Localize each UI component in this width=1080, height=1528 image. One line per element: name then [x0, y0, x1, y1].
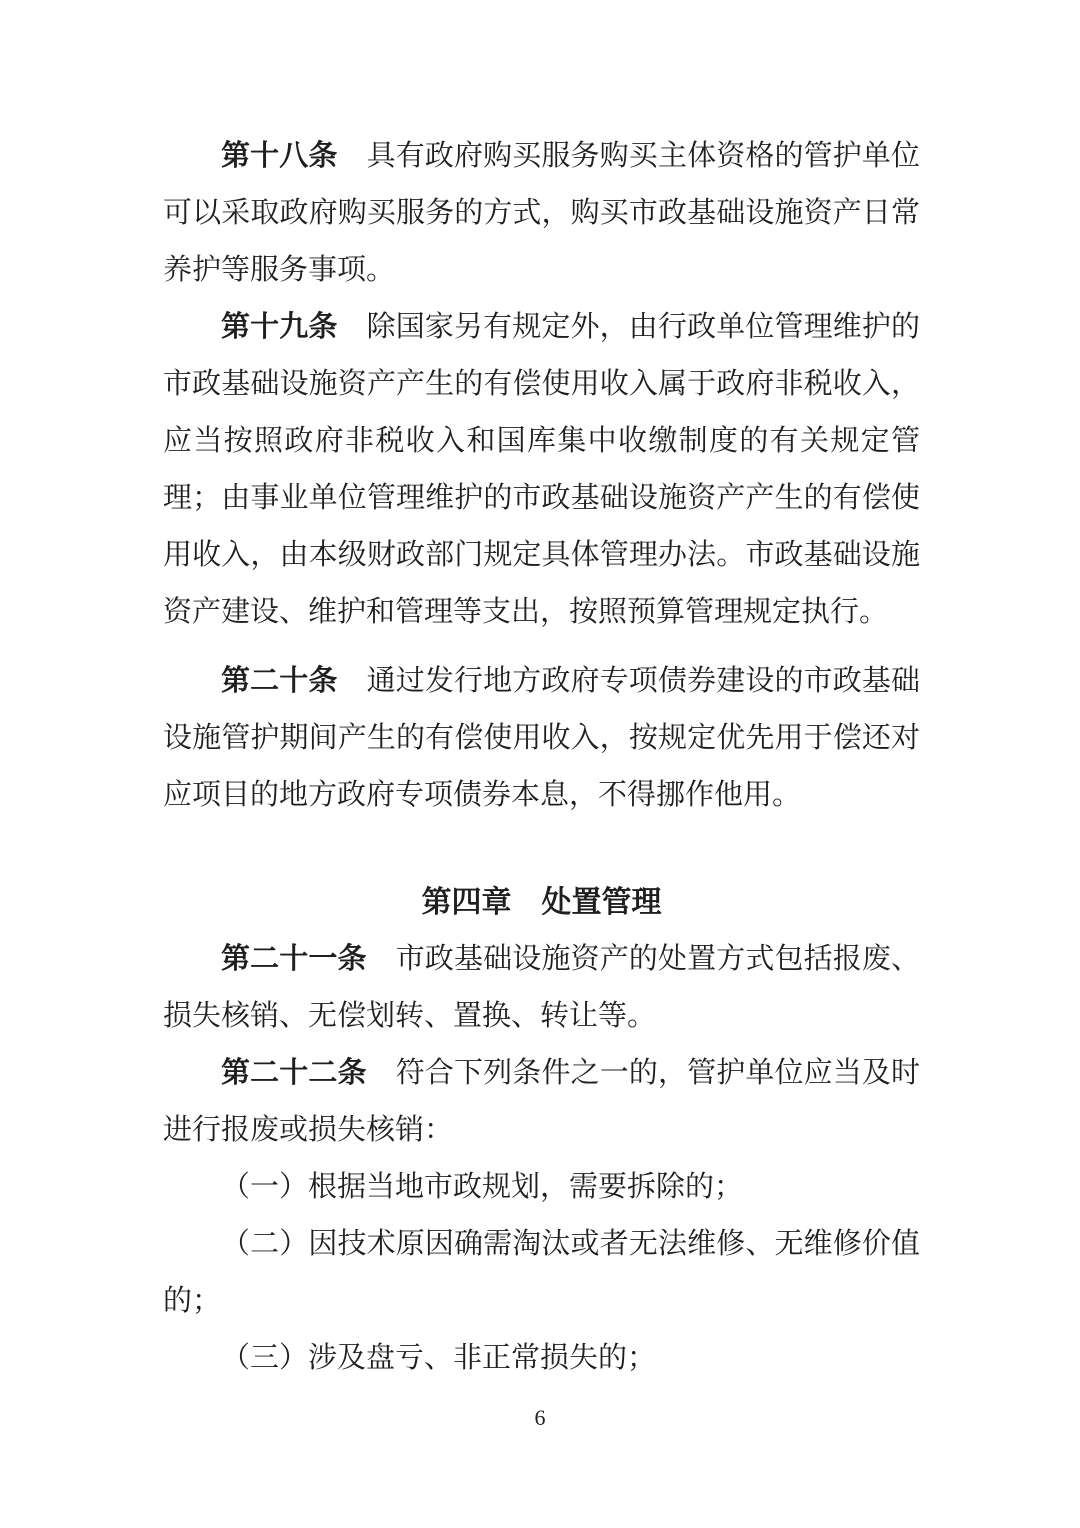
list-item-paragraph: （一）根据当地市政规划，需要拆除的； [163, 1159, 920, 1216]
document-page: 第十八条 具有政府购买服务购买主体资格的管护单位可以采取政府购买服务的方式，购买… [0, 0, 1080, 1528]
page-number: 6 [535, 1405, 546, 1430]
article-paragraph: 第二十二条 符合下列条件之一的，管护单位应当及时进行报废或损失核销： [163, 1045, 920, 1159]
article-paragraph: 第二十条 通过发行地方政府专项债券建设的市政基础设施管护期间产生的有偿使用收入，… [163, 653, 920, 824]
article-paragraph: 第十九条 除国家另有规定外，由行政单位管理维护的市政基础设施资产产生的有偿使用收… [163, 299, 920, 641]
article-paragraph: 第十八条 具有政府购买服务购买主体资格的管护单位可以采取政府购买服务的方式，购买… [163, 128, 920, 299]
article-number: 第十八条 [221, 140, 338, 172]
article-number: 第二十一条 [221, 943, 367, 975]
chapter-heading: 第四章 处置管理 [163, 874, 920, 931]
article-number: 第十九条 [221, 311, 338, 343]
list-item-paragraph: （二）因技术原因确需淘汰或者无法维修、无维修价值的； [163, 1216, 920, 1330]
document-body: 第十八条 具有政府购买服务购买主体资格的管护单位可以采取政府购买服务的方式，购买… [163, 128, 920, 1387]
article-number: 第二十二条 [221, 1057, 367, 1089]
article-number: 第二十条 [221, 665, 338, 697]
page-footer: 6 [0, 1404, 1080, 1432]
article-paragraph: 第二十一条 市政基础设施资产的处置方式包括报废、损失核销、无偿划转、置换、转让等… [163, 931, 920, 1045]
list-item-paragraph: （三）涉及盘亏、非正常损失的； [163, 1330, 920, 1387]
